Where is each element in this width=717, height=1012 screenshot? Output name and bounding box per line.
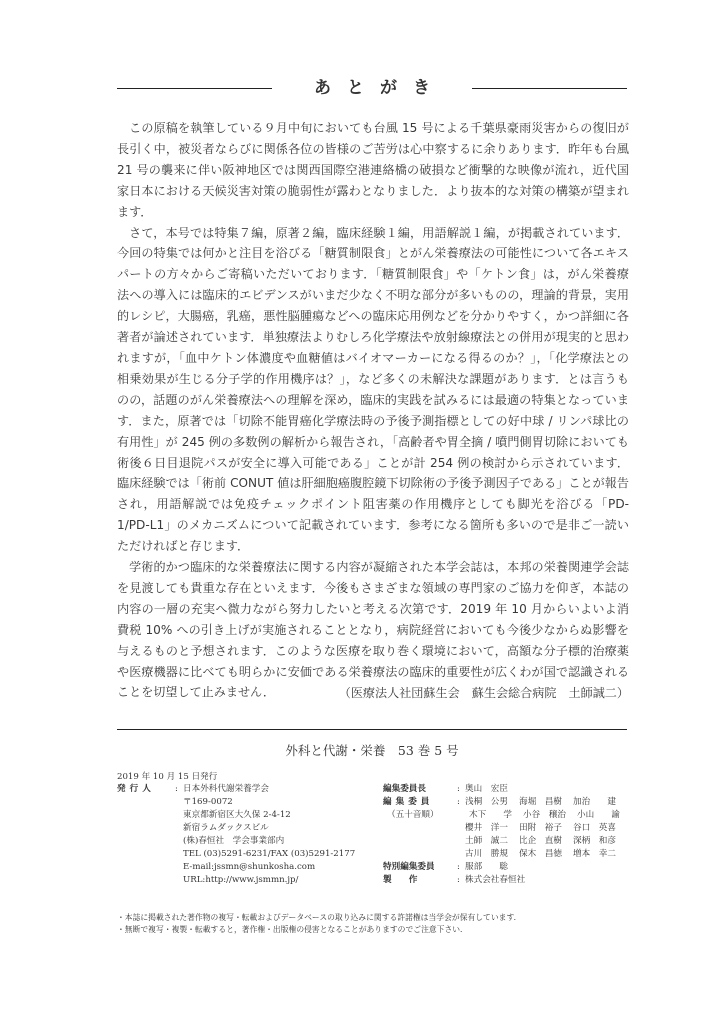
paragraph: この原稿を執筆している９月中旬においても台風 15 号による千葉県豪雨災害からの… bbox=[117, 118, 629, 223]
copyright-note: ・無断で複写・複製・転載すると，著作権・出版権の侵害となることがありますのでご注… bbox=[117, 924, 521, 936]
paragraph: さて，本号では特集７編，原著２編，臨床経験１編，用語解説１編，が掲載されています… bbox=[117, 223, 629, 558]
copyright-notes: ・本誌に掲載された著作物の複写・転載およびデータベースの取り込みに関する許諾権は… bbox=[117, 912, 521, 936]
publisher-line: 新宿ラムダックスビル bbox=[183, 823, 269, 833]
chief-editor-label: 編集委員長 bbox=[383, 783, 457, 796]
editor-name: 古川 勝規 bbox=[465, 848, 519, 861]
special-editor-name: 服部 聡 bbox=[465, 861, 508, 874]
publisher-line: (株)春恒社 学会事業部内 bbox=[183, 836, 284, 846]
author-signature: （医療法人社団蘇生会 蘇生会総合病院 土師誠二） bbox=[339, 684, 629, 701]
journal-title: 外科と代謝・栄養 53 巻 5 号 bbox=[117, 741, 627, 759]
editor-name: 木下 学 bbox=[469, 809, 523, 822]
production-company: 株式会社春恒社 bbox=[465, 874, 525, 887]
editor-name: 小谷 穣治 bbox=[523, 809, 577, 822]
editor-name: 加治 建 bbox=[573, 796, 619, 809]
editors-label: 編集委員 bbox=[383, 796, 457, 809]
publisher-email: E-mail:jssmn@shunkosha.com bbox=[183, 862, 315, 872]
paragraph: 学術的かつ臨床的な栄養療法に関する内容が凝縮された本学会誌は，本邦の栄養関連学会… bbox=[117, 557, 629, 703]
publisher-phone: TEL (03)5291-6231/FAX (03)5291-2177 bbox=[183, 849, 355, 859]
copyright-note: ・本誌に掲載された著作物の複写・転載およびデータベースの取り込みに関する許諾権は… bbox=[117, 912, 521, 924]
publisher-line: 日本外科代謝栄養学会 bbox=[183, 784, 269, 794]
colophon-divider bbox=[117, 729, 627, 730]
production-label: 製 作 bbox=[383, 874, 457, 887]
editors-order-note: （五十音順） bbox=[383, 809, 461, 822]
editor-name: 浅桐 公男 bbox=[465, 796, 519, 809]
editor-name: 比企 直樹 bbox=[519, 835, 573, 848]
issue-date: 2019 年 10 月 15 日発行 bbox=[117, 770, 217, 782]
editor-name: 小山 諭 bbox=[577, 809, 623, 822]
chief-editor-name: 奥山 宏臣 bbox=[465, 783, 508, 796]
publisher-label: 発行人 bbox=[117, 783, 175, 796]
heading-rule-right bbox=[472, 88, 627, 89]
editor-name: 保木 昌徳 bbox=[519, 848, 573, 861]
editor-name: 海堀 昌樹 bbox=[519, 796, 573, 809]
special-editor-label: 特別編集委員 bbox=[383, 861, 457, 874]
afterword-body: この原稿を執筆している９月中旬においても台風 15 号による千葉県豪雨災害からの… bbox=[117, 118, 629, 703]
publisher-url: URL:http://www.jsmmn.jp/ bbox=[183, 875, 298, 885]
editor-name: 田附 裕子 bbox=[519, 822, 573, 835]
editorial-board: 編集委員長:奥山 宏臣 編集委員: 浅桐 公男海堀 昌樹加治 建 （五十音順） … bbox=[383, 783, 623, 887]
publisher-line: 東京都新宿区大久保 2-4-12 bbox=[183, 810, 291, 820]
editor-name: 土師 誠二 bbox=[465, 835, 519, 848]
editor-name: 深柄 和彦 bbox=[573, 835, 619, 848]
editor-name: 増本 幸二 bbox=[573, 848, 619, 861]
document-page: あとがき この原稿を執筆している９月中旬においても台風 15 号による千葉県豪雨… bbox=[0, 0, 717, 1012]
editor-name: 櫻井 洋一 bbox=[465, 822, 519, 835]
publisher-line: 〒169-0072 bbox=[183, 797, 233, 807]
editor-name: 谷口 英喜 bbox=[573, 822, 619, 835]
publisher-block: 発行人:日本外科代謝栄養学会 〒169-0072 東京都新宿区大久保 2-4-1… bbox=[117, 783, 355, 887]
afterword-heading: あとがき bbox=[117, 76, 627, 100]
